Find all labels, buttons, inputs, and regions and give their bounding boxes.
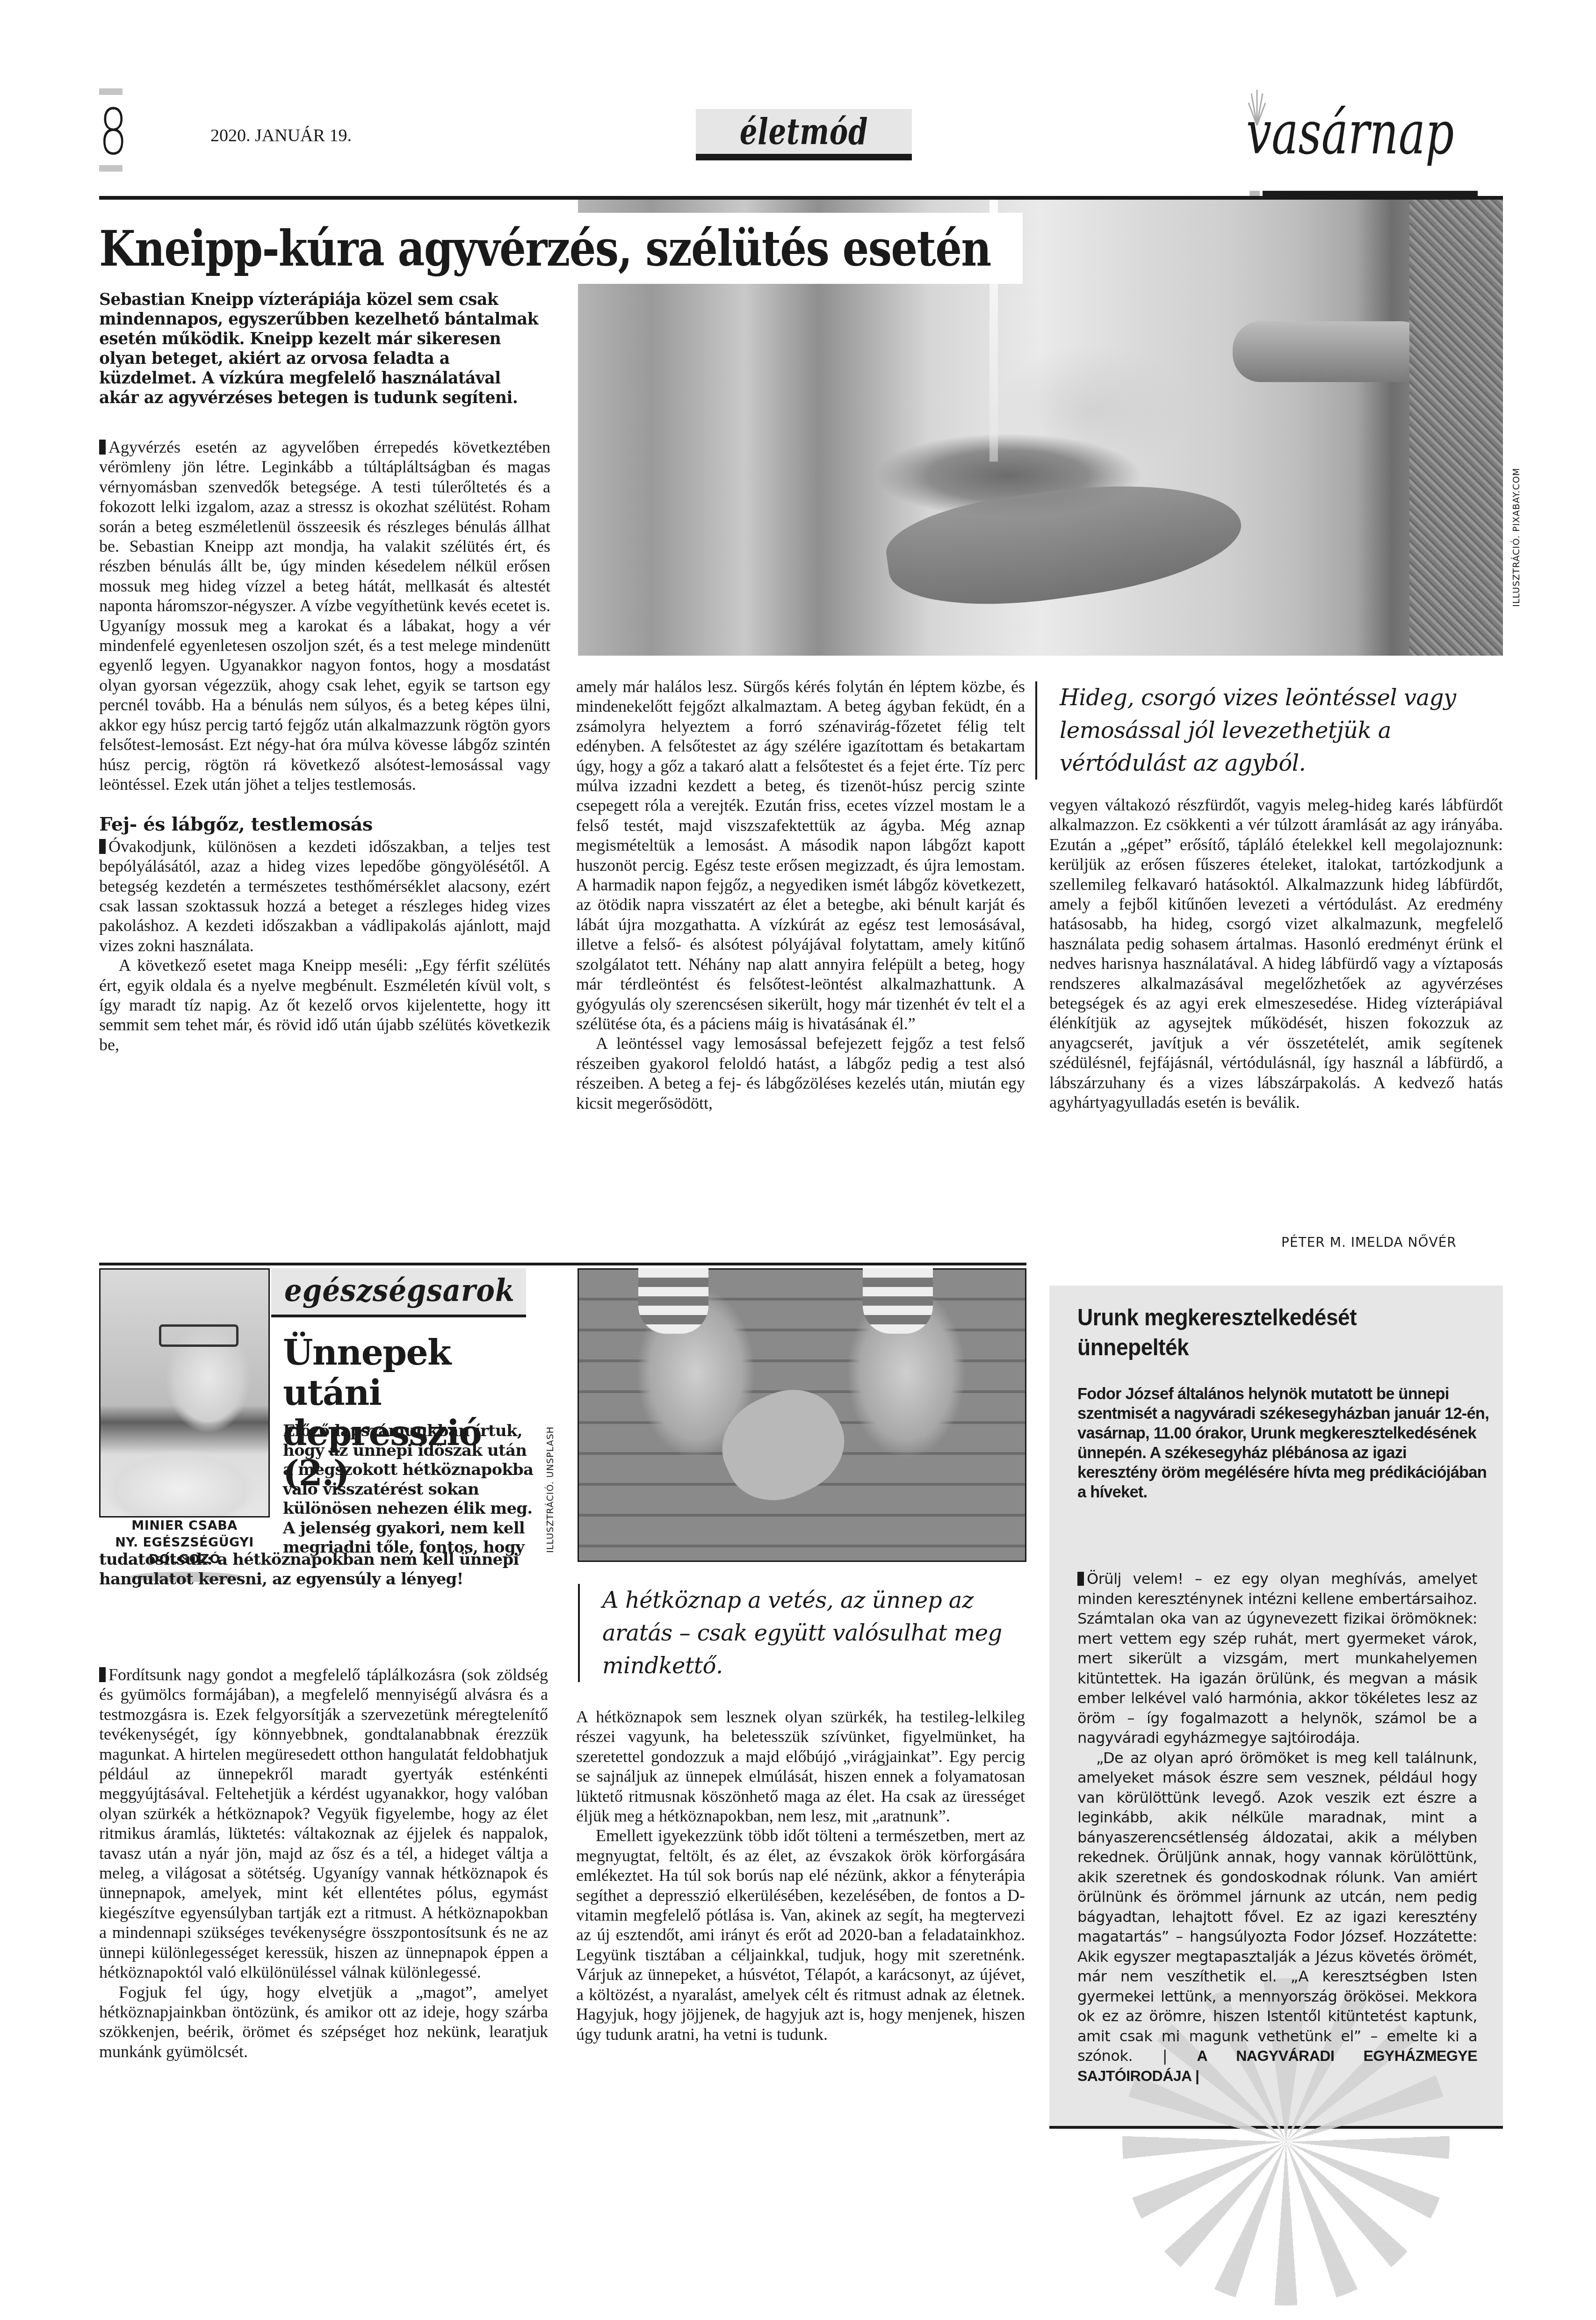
main-col2-paragraph-2: A leöntéssel vagy lemosással befejezett … <box>576 1034 1025 1113</box>
health-col1-paragraph-2: Fogjuk fel úgy, hogy elvetjük a „magot”,… <box>99 1982 548 2062</box>
main-col1-paragraph-1: Agyvérzés esetén az agyvelőben érrepedés… <box>99 438 550 794</box>
health-col2-paragraph-2: Emellett igyekezzünk több időt tölteni a… <box>576 1826 1025 2044</box>
photo-credit-unsplash: ILLUSZTRÁCIÓ. UNSPLASH <box>545 1426 556 1553</box>
striped-sock-right <box>863 1268 933 1334</box>
health-column-1: Fordítsunk nagy gondot a megfelelő táplá… <box>99 1665 548 2061</box>
church-news-paragraph-1: Örülj velem! – ez egy olyan meghívás, am… <box>1077 1570 1477 1747</box>
health-column-2: A hétköznapok sem lesznek olyan szürkék,… <box>576 1707 1025 2044</box>
portrait-glasses <box>159 1324 238 1347</box>
top-rule <box>99 196 1503 200</box>
masthead-logo: vasárnap <box>1246 98 1454 168</box>
main-col1-paragraph-3: A következő esetet maga Kneipp meséli: „… <box>99 955 550 1055</box>
church-news-body: Örülj velem! – ez egy olyan meghívás, am… <box>1077 1569 1477 2086</box>
health-col2-paragraph-1: A hétköznapok sem lesznek olyan szürkék,… <box>576 1707 1025 1826</box>
main-column-2: amely már halálos lesz. Sürgős kérés fol… <box>576 677 1025 1113</box>
stone-wall <box>1409 200 1503 656</box>
main-headline: Kneipp-kúra agyvérzés, szélütés esetén <box>99 220 991 277</box>
main-col1-paragraph-2: Óvakodjunk, különösen a kezdeti időszakb… <box>99 837 550 955</box>
main-subhead: Fej- és lábgőz, testlemosás <box>99 815 550 834</box>
church-news-title: Urunk megkeresztelkedését ünnepelték <box>1077 1302 1456 1362</box>
main-col2-paragraph-1: amely már halálos lesz. Sürgős kérés fol… <box>576 677 1025 1034</box>
health-corner-tag-label: egészségsarok <box>284 1272 515 1308</box>
paragraph-marker-icon <box>99 1667 106 1682</box>
page-number: 8 <box>99 101 126 164</box>
author-name: MINIER CSABA <box>99 1518 270 1534</box>
church-news-lead: Fodor József általános helynök mutatott … <box>1077 1384 1489 1502</box>
author-portrait-photo <box>99 1268 270 1518</box>
lower-section-rule-left <box>99 1263 1026 1265</box>
paragraph-marker-icon <box>99 440 106 455</box>
church-news-paragraph-2: „De az olyan apró örömöket is meg kell t… <box>1077 1749 1477 2065</box>
main-col3-paragraph-1: vegyen váltakozó részfürdőt, vagyis mele… <box>1049 795 1503 1113</box>
main-pull-quote: Hideg, csorgó vizes leöntéssel vagy lemo… <box>1035 681 1503 780</box>
issue-date: 2020. JANUÁR 19. <box>210 125 352 146</box>
main-column-1: Agyvérzés esetén az agyvelőben érrepedés… <box>99 437 550 1055</box>
page-number-bar-bottom <box>99 165 123 172</box>
page-number-bar-top <box>99 88 123 95</box>
paragraph-marker-icon <box>1077 1572 1084 1586</box>
author-role-1: NY. EGÉSZSÉGÜGYI <box>99 1534 270 1551</box>
main-lead: Sebastian Kneipp vízterápiája közel sem … <box>99 290 541 408</box>
main-byline: PÉTER M. IMELDA NŐVÉR <box>1281 1235 1457 1250</box>
paragraph-marker-icon <box>99 839 106 854</box>
photo-credit-pixabay: ILLUSZTRÁCIÓ. PIXABAY.COM <box>1511 468 1522 607</box>
main-column-3: vegyen váltakozó részfürdőt, vagyis mele… <box>1049 795 1503 1113</box>
health-pull-quote: A hétköznap a vetés, az ünnep az aratás … <box>578 1584 1027 1682</box>
fountain-pipe <box>1233 321 1429 382</box>
health-lead-a: Előző lapszámunkban írtuk, hogy az ünnep… <box>283 1422 535 1558</box>
section-tag: életmód <box>696 109 912 160</box>
health-lead-b: tudatosítsuk: a hétköznapokban nem kell … <box>99 1550 557 1589</box>
health-corner-tag: egészségsarok <box>271 1268 526 1317</box>
stone-hand <box>881 465 1248 622</box>
section-tag-label: életmód <box>740 111 868 152</box>
health-col1-paragraph-1: Fordítsunk nagy gondot a megfelelő táplá… <box>99 1665 548 1981</box>
striped-sock-left <box>638 1268 708 1334</box>
